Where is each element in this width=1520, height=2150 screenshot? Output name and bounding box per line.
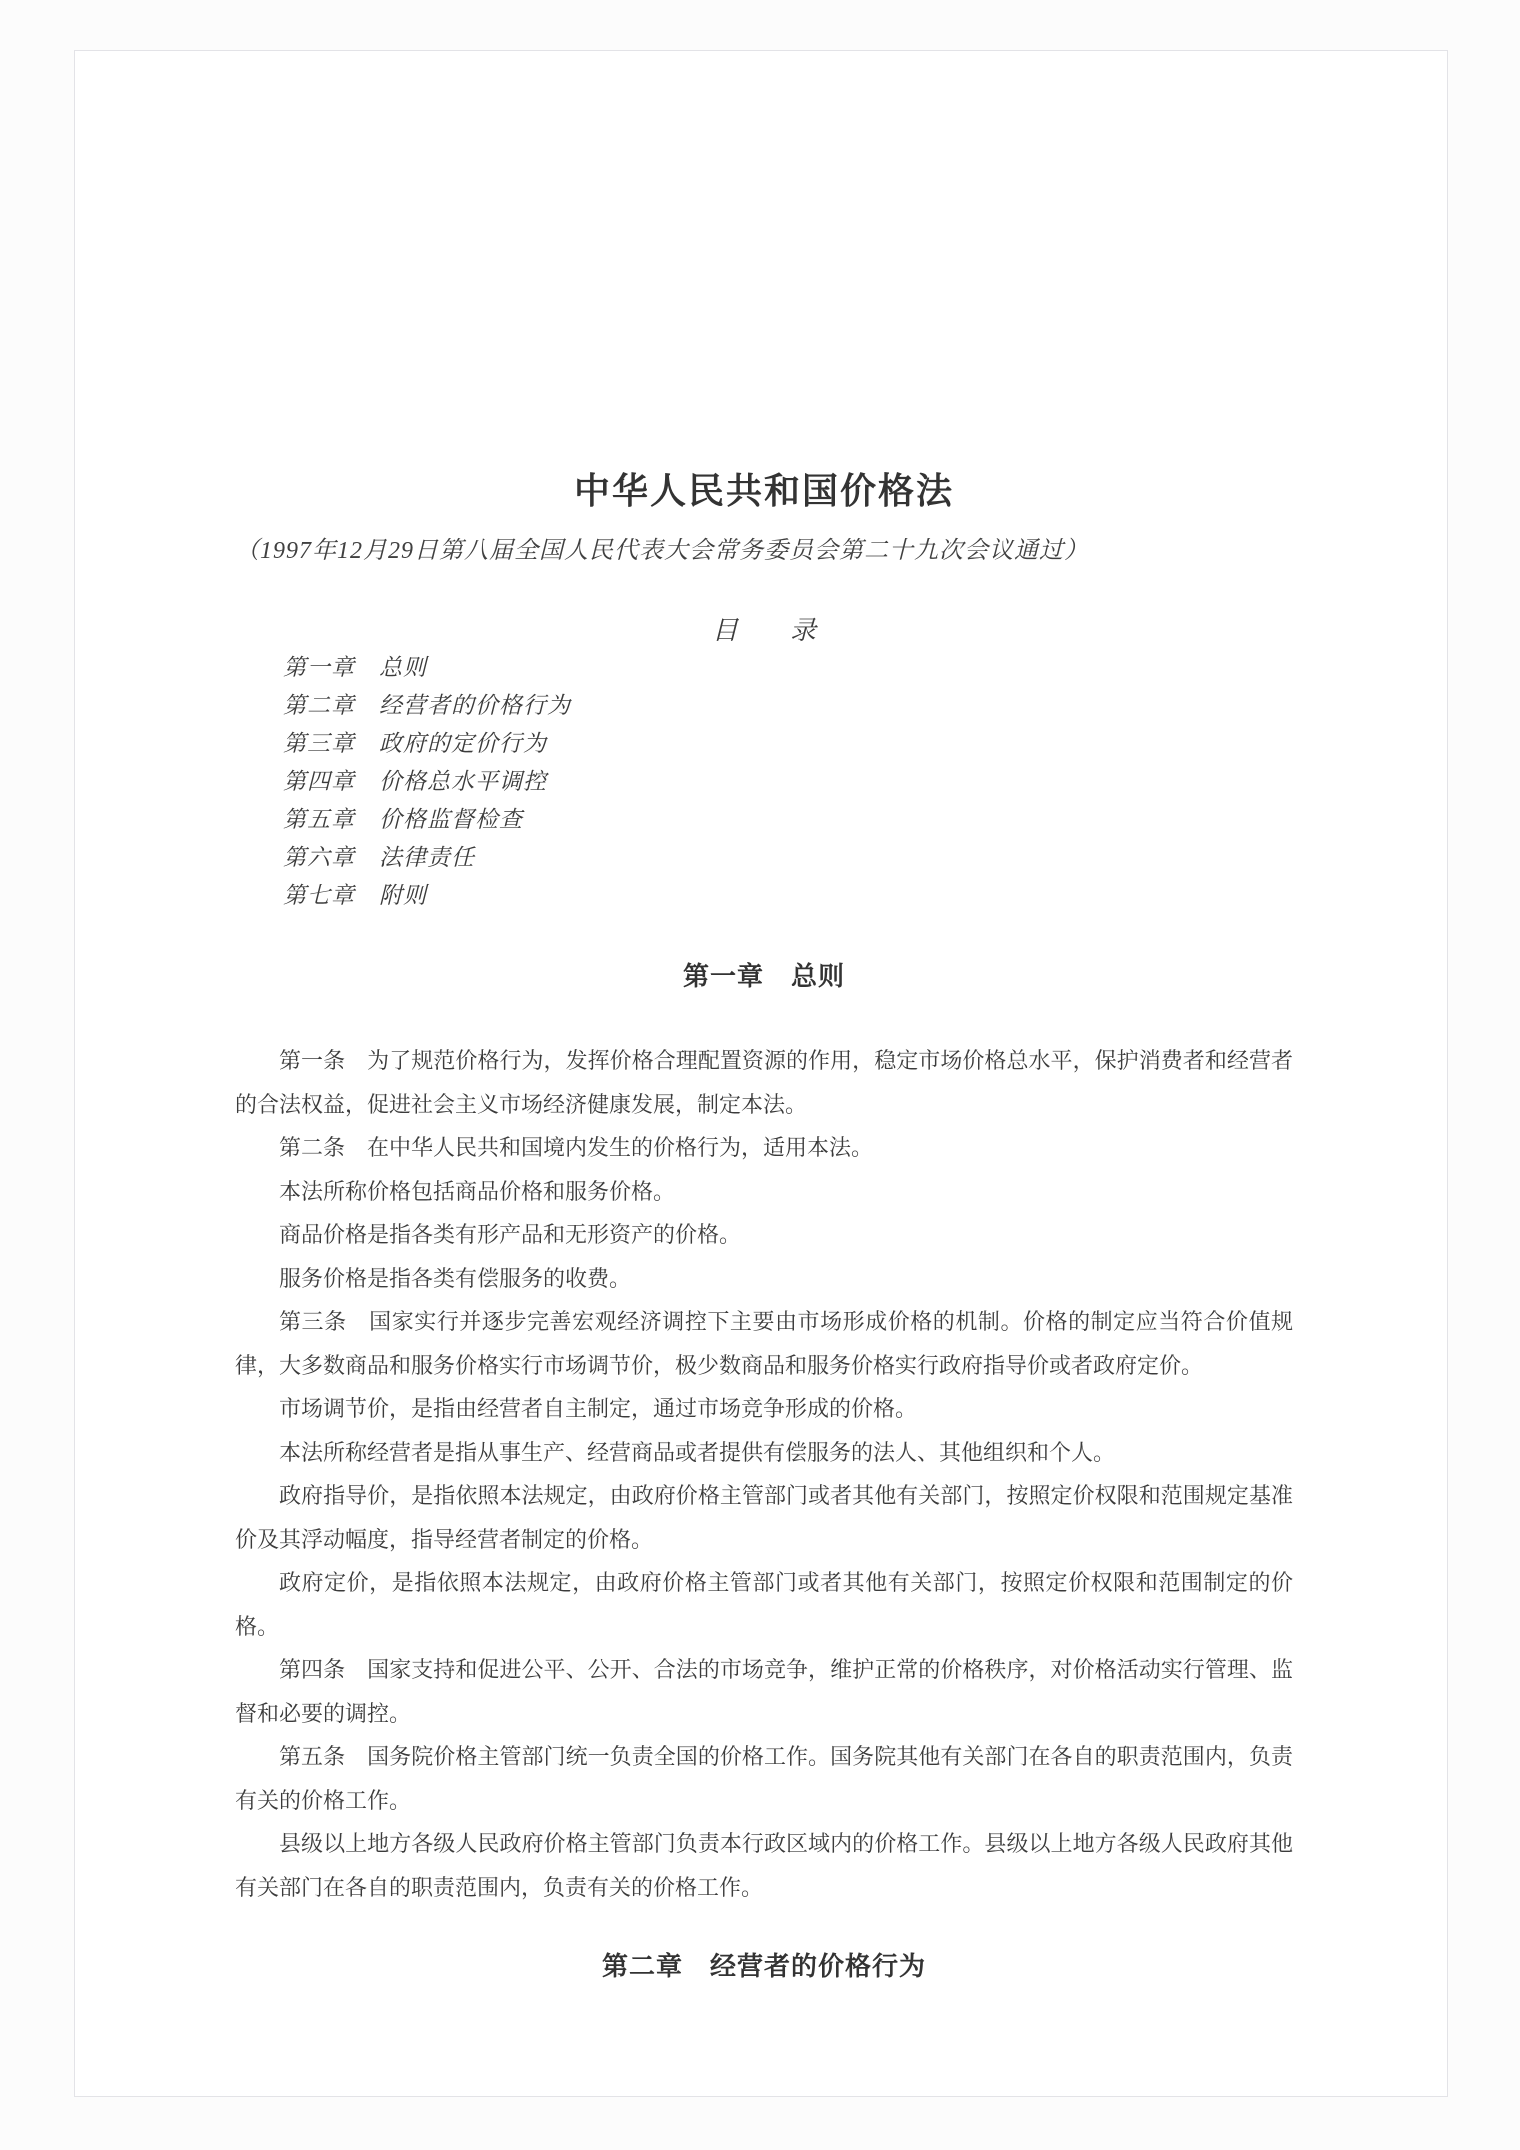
enactment-note: （1997年12月29日第八届全国人民代表大会常务委员会第二十九次会议通过） <box>235 531 1293 571</box>
document-page: 中华人民共和国价格法 （1997年12月29日第八届全国人民代表大会常务委员会第… <box>74 50 1448 2097</box>
toc-item: 第四章 价格总水平调控 <box>235 763 1293 801</box>
body-line: 本法所称经营者是指从事生产、经营商品或者提供有偿服务的法人、其他组织和个人。 <box>235 1431 1293 1475</box>
document-title: 中华人民共和国价格法 <box>235 469 1293 513</box>
body-line: 律，大多数商品和服务价格实行市场调节价，极少数商品和服务价格实行政府指导价或者政… <box>235 1344 1293 1388</box>
toc-item: 第六章 法律责任 <box>235 839 1293 877</box>
body-line: 市场调节价，是指由经营者自主制定，通过市场竞争形成的价格。 <box>235 1387 1293 1431</box>
body-lines: 第一条 为了规范价格行为，发挥价格合理配置资源的作用，稳定市场价格总水平，保护消… <box>235 1039 1293 1909</box>
body-line: 有关部门在各自的职责范围内，负责有关的价格工作。 <box>235 1866 1293 1910</box>
toc-item: 第七章 附则 <box>235 877 1293 915</box>
body-line: 第二条 在中华人民共和国境内发生的价格行为，适用本法。 <box>235 1126 1293 1170</box>
toc-item: 第五章 价格监督检查 <box>235 801 1293 839</box>
toc-heading: 目 录 <box>235 613 1293 649</box>
toc-item: 第三章 政府的定价行为 <box>235 725 1293 763</box>
toc-item: 第一章 总则 <box>235 649 1293 687</box>
body-line: 第五条 国务院价格主管部门统一负责全国的价格工作。国务院其他有关部门在各自的职责… <box>235 1735 1293 1779</box>
body-line: 第三条 国家实行并逐步完善宏观经济调控下主要由市场形成价格的机制。价格的制定应当… <box>235 1300 1293 1344</box>
body-line: 政府定价，是指依照本法规定，由政府价格主管部门或者其他有关部门，按照定价权限和范… <box>235 1561 1293 1605</box>
body-line: 商品价格是指各类有形产品和无形资产的价格。 <box>235 1213 1293 1257</box>
page-content: 中华人民共和国价格法 （1997年12月29日第八届全国人民代表大会常务委员会第… <box>235 51 1293 1986</box>
body-line: 服务价格是指各类有偿服务的收费。 <box>235 1257 1293 1301</box>
body-line: 第一条 为了规范价格行为，发挥价格合理配置资源的作用，稳定市场价格总水平，保护消… <box>235 1039 1293 1083</box>
body-line: 县级以上地方各级人民政府价格主管部门负责本行政区域内的价格工作。县级以上地方各级… <box>235 1822 1293 1866</box>
chapter-two-heading: 第二章 经营者的价格行为 <box>235 1946 1293 1986</box>
body-line: 政府指导价，是指依照本法规定，由政府价格主管部门或者其他有关部门，按照定价权限和… <box>235 1474 1293 1518</box>
body-line: 本法所称价格包括商品价格和服务价格。 <box>235 1170 1293 1214</box>
toc-list: 第一章 总则第二章 经营者的价格行为第三章 政府的定价行为第四章 价格总水平调控… <box>235 649 1293 915</box>
body-line: 的合法权益，促进社会主义市场经济健康发展，制定本法。 <box>235 1083 1293 1127</box>
body-line: 督和必要的调控。 <box>235 1692 1293 1736</box>
body-line: 有关的价格工作。 <box>235 1779 1293 1823</box>
body-line: 第四条 国家支持和促进公平、公开、合法的市场竞争，维护正常的价格秩序，对价格活动… <box>235 1648 1293 1692</box>
toc-item: 第二章 经营者的价格行为 <box>235 687 1293 725</box>
body-line: 价及其浮动幅度，指导经营者制定的价格。 <box>235 1518 1293 1562</box>
chapter-one-heading: 第一章 总则 <box>235 956 1293 996</box>
body-line: 格。 <box>235 1605 1293 1649</box>
